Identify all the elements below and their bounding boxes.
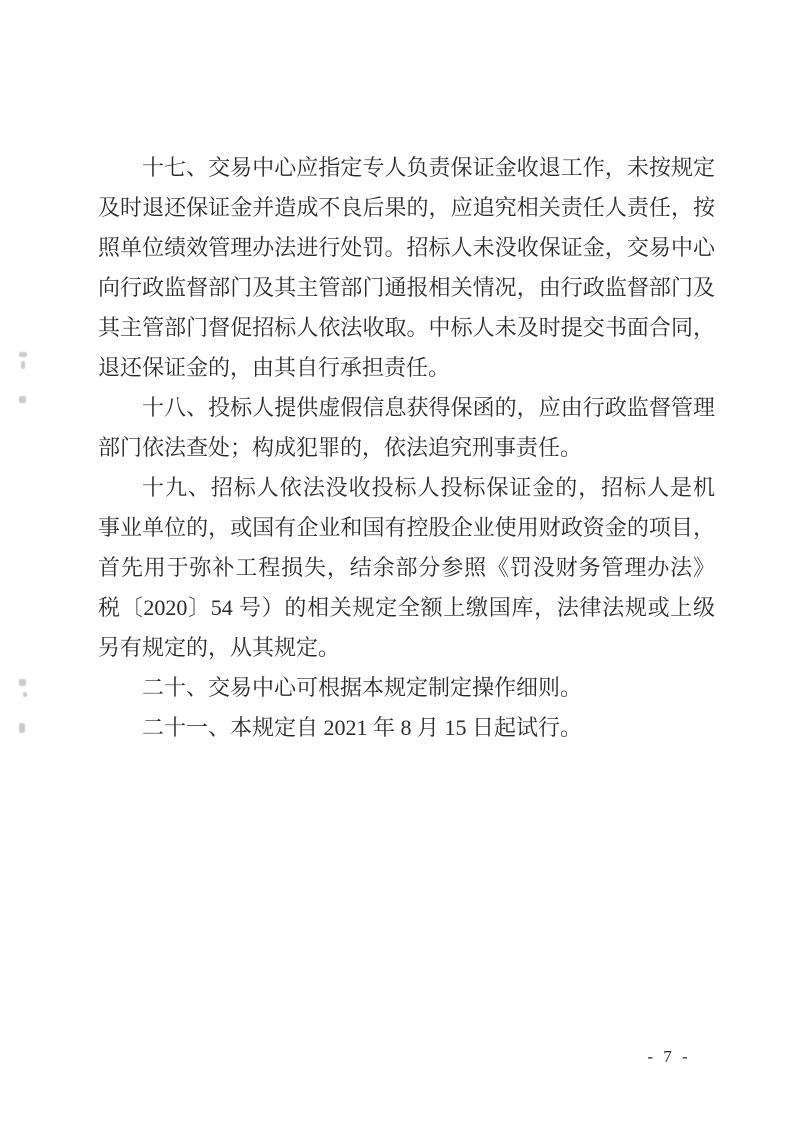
scan-artifact bbox=[23, 692, 27, 697]
page-number: - 7 - bbox=[634, 1046, 704, 1068]
text-line: 及时退还保证金并造成不良后果的，应追究相关责任人责任，按 bbox=[98, 188, 715, 228]
paragraph-item-19: 十九、招标人依法没收投标人投标保证金的，招标人是机关、 事业单位的，或国有企业和… bbox=[98, 468, 715, 668]
scan-artifact bbox=[19, 679, 26, 686]
text-line: 十九、招标人依法没收投标人投标保证金的，招标人是机关、 bbox=[98, 468, 715, 508]
text-line: 首先用于弥补工程损失，结余部分参照《罚没财务管理办法》（财 bbox=[98, 548, 715, 588]
text-line: 另有规定的，从其规定。 bbox=[98, 628, 715, 668]
paragraph-item-20: 二十、交易中心可根据本规定制定操作细则。 bbox=[98, 668, 715, 708]
scan-artifact bbox=[19, 396, 26, 403]
paragraph-item-21: 二十一、本规定自 2021 年 8 月 15 日起试行。 bbox=[98, 708, 715, 748]
text-line: 向行政监督部门及其主管部门通报相关情况，由行政监督部门及 bbox=[98, 268, 715, 308]
text-line: 税〔2020〕54 号）的相关规定全额上缴国库，法律法规或上级 bbox=[98, 588, 715, 628]
text-line: 照单位绩效管理办法进行处罚。招标人未没收保证金，交易中心 bbox=[98, 228, 715, 268]
paragraph-item-17: 十七、交易中心应指定专人负责保证金收退工作，未按规定 及时退还保证金并造成不良后… bbox=[98, 148, 715, 388]
scanned-document-page: 十七、交易中心应指定专人负责保证金收退工作，未按规定 及时退还保证金并造成不良后… bbox=[0, 0, 793, 1123]
text-line: 十八、投标人提供虚假信息获得保函的，应由行政监督管理 bbox=[98, 388, 715, 428]
text-line: 事业单位的，或国有企业和国有控股企业使用财政资金的项目， bbox=[98, 508, 715, 548]
paragraph-item-18: 十八、投标人提供虚假信息获得保函的，应由行政监督管理 部门依法查处；构成犯罪的，… bbox=[98, 388, 715, 468]
document-body-text: 十七、交易中心应指定专人负责保证金收退工作，未按规定 及时退还保证金并造成不良后… bbox=[98, 148, 715, 748]
scan-artifact bbox=[21, 361, 25, 369]
text-line: 二十一、本规定自 2021 年 8 月 15 日起试行。 bbox=[98, 708, 715, 748]
text-line: 二十、交易中心可根据本规定制定操作细则。 bbox=[98, 668, 715, 708]
text-line: 其主管部门督促招标人依法收取。中标人未及时提交书面合同， bbox=[98, 308, 715, 348]
text-line: 十七、交易中心应指定专人负责保证金收退工作，未按规定 bbox=[98, 148, 715, 188]
scan-artifact bbox=[19, 352, 27, 357]
text-line: 部门依法查处；构成犯罪的，依法追究刑事责任。 bbox=[98, 428, 715, 468]
scan-artifact bbox=[19, 723, 25, 733]
text-line: 退还保证金的，由其自行承担责任。 bbox=[98, 348, 715, 388]
